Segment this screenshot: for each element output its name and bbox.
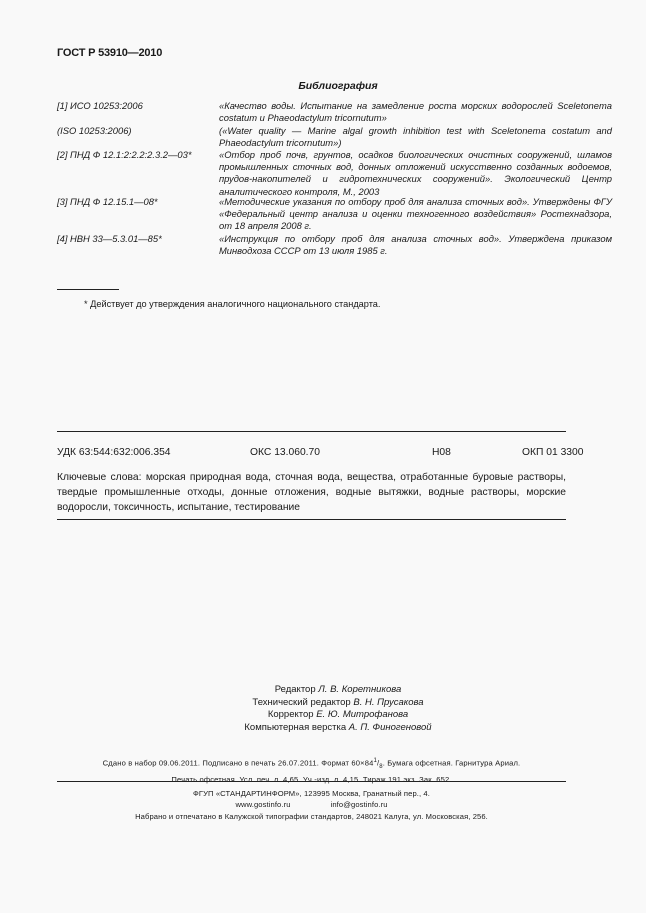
standard-code: ГОСТ Р 53910—2010 xyxy=(57,47,162,59)
bibliography-title: Библиография xyxy=(0,80,646,92)
reference-description: «Качество воды. Испытание на замедление … xyxy=(219,100,612,124)
website-link[interactable]: www.gostinfo.ru xyxy=(235,799,290,810)
reference-code: [3] ПНД Ф 12.15.1—08* xyxy=(57,196,207,208)
credit-name: Е. Ю. Митрофанова xyxy=(316,709,408,720)
credit-role: Редактор xyxy=(275,684,316,695)
credits: Редактор Л. В. Коретникова Технический р… xyxy=(0,684,646,734)
reference-description: «Отбор проб почв, грунтов, осадков биоло… xyxy=(219,149,612,198)
reference-description: «Инструкция по отбору проб для анализа с… xyxy=(219,233,612,257)
udk-code: УДК 63:544:632:006.354 xyxy=(57,447,171,458)
reference-code: [2] ПНД Ф 12.1:2:2.2:2.3.2—03* xyxy=(57,149,207,161)
credit-line: Технический редактор В. Н. Прусакова xyxy=(30,697,646,710)
reference-description: («Water quality — Marine algal growth in… xyxy=(219,125,612,149)
reference-item: (ISO 10253:2006) («Water quality — Marin… xyxy=(57,125,617,149)
imprint-text: . Бумага офсетная. Гарнитура Ариал. xyxy=(383,759,521,768)
credit-name: Л. В. Коретникова xyxy=(318,684,401,695)
credit-role: Корректор xyxy=(268,709,314,720)
reference-code: [1] ИСО 10253:2006 xyxy=(57,100,207,112)
okp-code: ОКП 01 3300 xyxy=(522,447,584,458)
credit-name: В. Н. Прусакова xyxy=(353,697,423,708)
reference-item: [3] ПНД Ф 12.15.1—08* «Методические указ… xyxy=(57,196,617,232)
imprint-line-2: Печать офсетная. Усл. печ. л. 4,65. Уч.-… xyxy=(57,774,566,786)
publisher-contacts: www.gostinfo.ruinfo@gostinfo.ru xyxy=(57,799,566,810)
oks-code: ОКС 13.060.70 xyxy=(250,447,320,458)
credit-line: Корректор Е. Ю. Митрофанова xyxy=(30,709,646,722)
keywords-label: Ключевые слова: xyxy=(57,472,141,483)
reference-description: «Методические указания по отбору проб дл… xyxy=(219,196,612,233)
classification-top-rule xyxy=(57,431,566,432)
keywords: Ключевые слова: морская природная вода, … xyxy=(57,470,566,515)
reference-code: (ISO 10253:2006) xyxy=(57,125,207,137)
reference-item: [4] НВН 33—5.3.01—85* «Инструкция по отб… xyxy=(57,233,617,257)
format-fraction-numerator: 1 xyxy=(374,758,378,764)
credit-line: Компьютерная верстка А. П. Финогеновой xyxy=(30,722,646,735)
email-link[interactable]: info@gostinfo.ru xyxy=(331,799,388,810)
publisher-address: ФГУП «СТАНДАРТИНФОРМ», 123995 Москва, Гр… xyxy=(57,788,566,799)
credit-role: Технический редактор xyxy=(252,697,350,708)
imprint-line-1: Сдано в набор 09.06.2011. Подписано в пе… xyxy=(57,756,566,774)
reference-item: [2] ПНД Ф 12.1:2:2.2:2.3.2—03* «Отбор пр… xyxy=(57,149,617,197)
keywords-bottom-rule xyxy=(57,519,566,520)
printing-house: Набрано и отпечатано в Калужской типогра… xyxy=(57,811,566,822)
footnote-divider xyxy=(57,289,119,290)
reference-item: [1] ИСО 10253:2006 «Качество воды. Испыт… xyxy=(57,100,617,124)
credit-role: Компьютерная верстка xyxy=(244,722,346,733)
credit-name: А. П. Финогеновой xyxy=(349,722,432,733)
credit-line: Редактор Л. В. Коретникова xyxy=(30,684,646,697)
imprint-text: Сдано в набор 09.06.2011. Подписано в пе… xyxy=(103,759,374,768)
publisher-info: ФГУП «СТАНДАРТИНФОРМ», 123995 Москва, Гр… xyxy=(57,788,566,822)
group-code: Н08 xyxy=(432,447,451,458)
reference-code: [4] НВН 33—5.3.01—85* xyxy=(57,233,207,245)
footnote: * Действует до утверждения аналогичного … xyxy=(84,299,380,309)
imprint-bottom-rule xyxy=(57,781,566,782)
